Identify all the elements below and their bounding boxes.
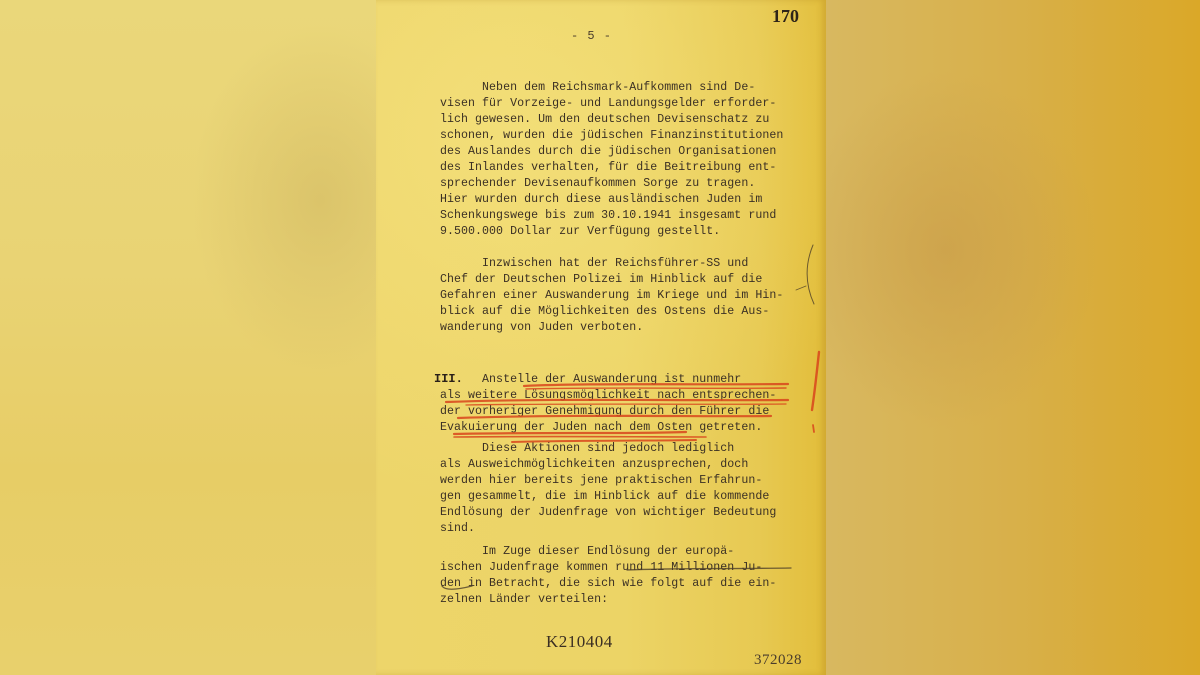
text-line: schonen, wurden die jüdischen Finanzinst… <box>440 128 783 144</box>
text-line: wanderung von Juden verboten. <box>440 320 643 336</box>
text-line: ischen Judenfrage kommen rund 11 Million… <box>440 560 762 576</box>
text-line: sprechender Devisenaufkommen Sorge zu tr… <box>440 176 755 192</box>
blurred-background-left <box>0 0 376 675</box>
text-line: Anstelle der Auswanderung ist nunmehr <box>440 372 741 388</box>
page-label: - 5 - <box>571 29 612 43</box>
text-line: lich gewesen. Um den deutschen Devisensc… <box>440 112 769 128</box>
text-line: Diese Aktionen sind jedoch lediglich <box>440 441 734 457</box>
text-line: des Inlandes verhalten, für die Beitreib… <box>440 160 776 176</box>
text-line: Chef der Deutschen Polizei im Hinblick a… <box>440 272 762 288</box>
text-line: sind. <box>440 521 475 537</box>
folio-number: 170 <box>772 6 799 27</box>
text-line: der vorheriger Genehmigung durch den Füh… <box>440 404 769 420</box>
text-line: visen für Vorzeige- und Landungsgelder e… <box>440 96 776 112</box>
text-line: Endlösung der Judenfrage von wichtiger B… <box>440 505 776 521</box>
text-line: 9.500.000 Dollar zur Verfügung gestellt. <box>440 224 720 240</box>
text-line: Schenkungswege bis zum 30.10.1941 insges… <box>440 208 776 224</box>
text-line: Im Zuge dieser Endlösung der europä- <box>440 544 734 560</box>
text-line: gen gesammelt, die im Hinblick auf die k… <box>440 489 769 505</box>
archive-stamp-number: K210404 <box>546 632 613 652</box>
blurred-background-right <box>826 0 1200 675</box>
text-line: Gefahren einer Auswanderung im Kriege un… <box>440 288 783 304</box>
text-line: den in Betracht, die sich wie folgt auf … <box>440 576 776 592</box>
document-page: - 5 - 170 Neben dem Reichsmark-Aufkommen… <box>376 0 826 675</box>
text-line: als weitere Lösungsmöglichkeit nach ents… <box>440 388 776 404</box>
text-line: zelnen Länder verteilen: <box>440 592 608 608</box>
text-line: Evakuierung der Juden nach dem Osten get… <box>440 420 762 436</box>
text-line: als Ausweichmöglichkeiten anzusprechen, … <box>440 457 748 473</box>
text-line: des Auslandes durch die jüdischen Organi… <box>440 144 776 160</box>
text-line: Inzwischen hat der Reichsführer-SS und <box>440 256 748 272</box>
text-line: Neben dem Reichsmark-Aufkommen sind De- <box>440 80 755 96</box>
text-line: Hier wurden durch diese ausländischen Ju… <box>440 192 762 208</box>
text-line: blick auf die Möglichkeiten des Ostens d… <box>440 304 769 320</box>
text-line: werden hier bereits jene praktischen Erf… <box>440 473 762 489</box>
document-number: 372028 <box>754 652 802 669</box>
